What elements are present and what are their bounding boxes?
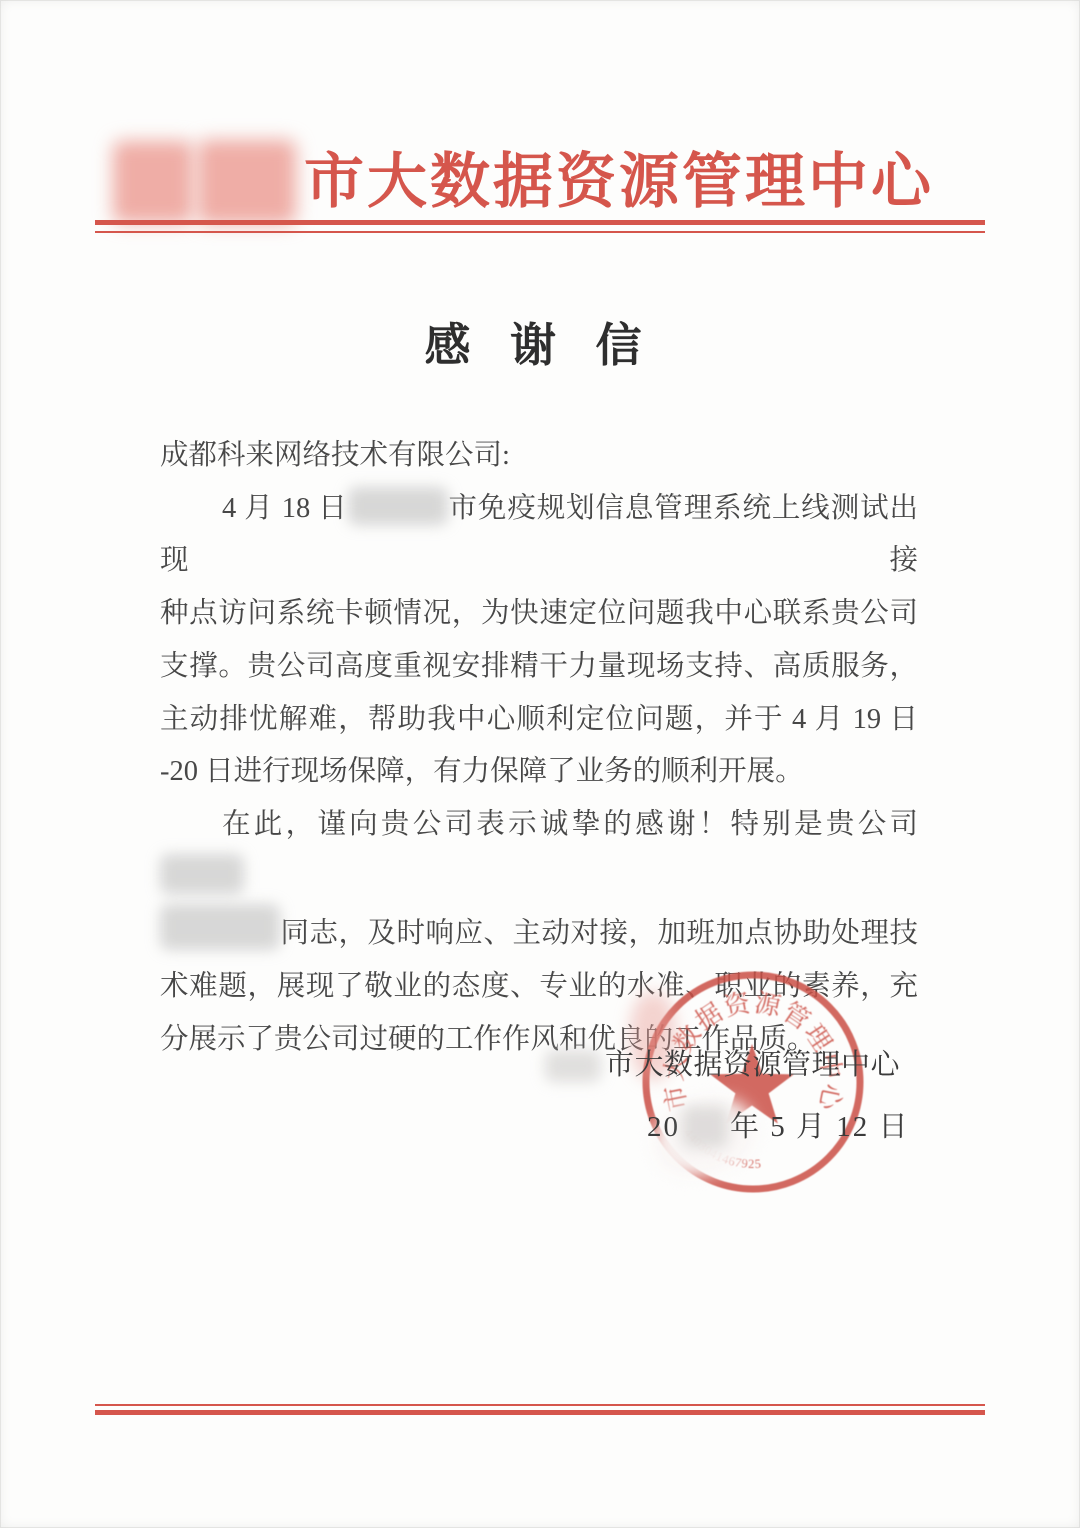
signature-org-line: 市大数据资源管理中心 <box>545 1048 900 1083</box>
date-suffix: 年 5 月 12 日 <box>730 1111 910 1143</box>
signature-org: 市大数据资源管理中心 <box>605 1049 900 1081</box>
body-text: 主动排忧解难，帮助我中心顺利定位问题，并于 4 月 19 日 <box>160 704 918 735</box>
footer-rule <box>95 1404 985 1415</box>
body-text: -20 日进行现场保障，有力保障了业务的顺利开展。 <box>160 756 804 787</box>
body-text: 4 月 18 日 <box>222 493 348 524</box>
redacted-text <box>160 904 280 950</box>
rule-thick-bar <box>95 220 985 225</box>
body-line: -20 日进行现场保障，有力保障了业务的顺利开展。 <box>160 746 918 799</box>
doc-title: 感 谢 信 <box>0 318 1080 373</box>
redacted-city-name <box>198 140 296 224</box>
body-line: 主动排忧解难，帮助我中心顺利定位问题，并于 4 月 19 日 <box>160 694 918 747</box>
rule-thick-bar <box>95 1410 985 1415</box>
body-text: 种点访问系统卡顿情况，为快速定位问题我中心联系贵公司 <box>160 598 918 629</box>
body-line: 成都科来网络技术有限公司: <box>160 430 918 483</box>
body-line: 支撑。贵公司高度重视安排精干力量现场支持、高质服务， <box>160 641 918 694</box>
body-text: 支撑。贵公司高度重视安排精干力量现场支持、高质服务， <box>160 651 918 682</box>
letterhead: 市大数据资源管理中心 <box>113 136 993 228</box>
date-prefix: 20 <box>647 1111 680 1143</box>
body-line: 4 月 18 日市免疫规划信息管理系统上线测试出现接 <box>160 483 918 588</box>
redacted-city-name <box>113 141 193 223</box>
letterhead-title: 市大数据资源管理中心 <box>304 152 934 212</box>
redacted-city-name <box>545 1050 601 1082</box>
letterhead-rule <box>95 220 985 233</box>
official-seal: 市大数据资源管理中心 4403041467925 <box>618 948 910 1230</box>
redacted-text <box>348 487 448 525</box>
body-text: 在此，谨向贵公司表示诚挚的感谢！特别是贵公司 <box>222 809 918 840</box>
body-text: 同志，及时响应、主动对接，加班加点协助处理技 <box>280 918 918 949</box>
redacted-text <box>160 854 244 894</box>
body-line: 种点访问系统卡顿情况，为快速定位问题我中心联系贵公司 <box>160 588 918 641</box>
body-line: 在此，谨向贵公司表示诚挚的感谢！特别是贵公司 <box>160 799 918 904</box>
redacted-year-digits <box>682 1106 728 1148</box>
rule-thin-bar <box>95 1404 985 1406</box>
signature-date-line: 20年 5 月 12 日 <box>647 1106 910 1148</box>
rule-thin-bar <box>95 231 985 233</box>
scanned-letter-page: 市大数据资源管理中心 感 谢 信 成都科来网络技术有限公司:4 月 18 日市免… <box>0 0 1080 1528</box>
body-text: 成都科来网络技术有限公司: <box>160 440 510 471</box>
